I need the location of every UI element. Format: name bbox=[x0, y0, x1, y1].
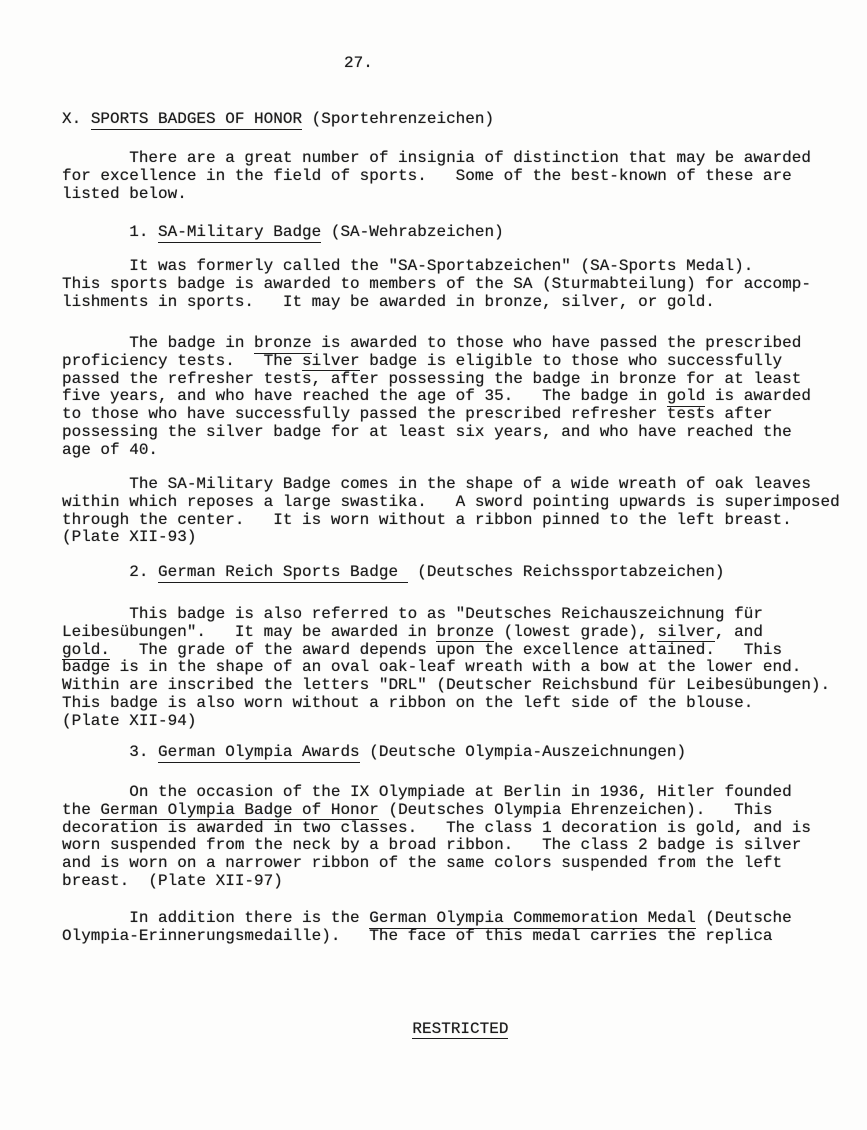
text-line: X. SPORTS BADGES OF HONOR (Sportehrenzei… bbox=[62, 111, 494, 129]
sa-badge-paragraph-1: It was formerly called the "SA-Sportabze… bbox=[62, 258, 811, 311]
intro-paragraph: There are a great number of insignia of … bbox=[62, 150, 811, 203]
text-line: through the center. It is worn without a… bbox=[62, 512, 840, 530]
text-line: This badge is also worn without a ribbon… bbox=[62, 695, 830, 713]
text-line: Within are inscribed the letters "DRL" (… bbox=[62, 677, 830, 695]
text-line: 3. German Olympia Awards (Deutsche Olymp… bbox=[62, 744, 686, 762]
text-line: This badge is also referred to as "Deuts… bbox=[62, 606, 830, 624]
page-number: 27. bbox=[344, 55, 373, 73]
section-heading-2: 2. German Reich Sports Badge (Deutsches … bbox=[62, 564, 725, 582]
commemoration-medal-paragraph: In addition there is the German Olympia … bbox=[62, 910, 792, 946]
text-line: It was formerly called the "SA-Sportabze… bbox=[62, 258, 811, 276]
text-line: badge is in the shape of an oval oak-lea… bbox=[62, 659, 830, 677]
text-line: 2. German Reich Sports Badge (Deutsches … bbox=[62, 564, 725, 582]
classification-footer: RESTRICTED bbox=[374, 1003, 508, 1056]
text-line: This sports badge is awarded to members … bbox=[62, 276, 811, 294]
text-line: the German Olympia Badge of Honor (Deuts… bbox=[62, 802, 811, 820]
text-line: decoration is awarded in two classes. Th… bbox=[62, 820, 811, 838]
sa-badge-paragraph-3: The SA-Military Badge comes in the shape… bbox=[62, 476, 840, 547]
text-line: Leibesübungen". It may be awarded in bro… bbox=[62, 624, 830, 642]
text-line: proficiency tests. The silver badge is e… bbox=[62, 353, 811, 371]
text-line: gold. The grade of the award depends upo… bbox=[62, 642, 830, 660]
text-line: possessing the silver badge for at least… bbox=[62, 424, 811, 442]
text-line: and is worn on a narrower ribbon of the … bbox=[62, 855, 811, 873]
classification-label: RESTRICTED bbox=[412, 1020, 508, 1040]
text-line: 1. SA-Military Badge (SA-Wehrabzeichen) bbox=[62, 224, 504, 242]
text-line: The SA-Military Badge comes in the shape… bbox=[62, 476, 840, 494]
section-heading-3: 3. German Olympia Awards (Deutsche Olymp… bbox=[62, 744, 686, 762]
text-line: The badge in bronze is awarded to those … bbox=[62, 335, 811, 353]
text-line: Olympia-Erinnerungsmedaille). The face o… bbox=[62, 928, 792, 946]
text-line: within which reposes a large swastika. A… bbox=[62, 494, 840, 512]
text-line: five years, and who have reached the age… bbox=[62, 388, 811, 406]
text-line: On the occasion of the IX Olympiade at B… bbox=[62, 784, 811, 802]
text-line: (Plate XII-94) bbox=[62, 713, 830, 731]
text-line: There are a great number of insignia of … bbox=[62, 150, 811, 168]
text-line: In addition there is the German Olympia … bbox=[62, 910, 792, 928]
text-line: age of 40. bbox=[62, 442, 811, 460]
text-line: listed below. bbox=[62, 186, 811, 204]
text-line: for excellence in the field of sports. S… bbox=[62, 168, 811, 186]
document-page: 27. X. SPORTS BADGES OF HONOR (Sportehre… bbox=[0, 0, 867, 1130]
text-line: breast. (Plate XII-97) bbox=[62, 873, 811, 891]
section-heading-1: 1. SA-Military Badge (SA-Wehrabzeichen) bbox=[62, 224, 504, 242]
reich-sports-badge-paragraph: This badge is also referred to as "Deuts… bbox=[62, 606, 830, 731]
text-line: to those who have successfully passed th… bbox=[62, 406, 811, 424]
section-heading-x: X. SPORTS BADGES OF HONOR (Sportehrenzei… bbox=[62, 111, 494, 129]
olympia-awards-paragraph: On the occasion of the IX Olympiade at B… bbox=[62, 784, 811, 891]
text-line: lishments in sports. It may be awarded i… bbox=[62, 294, 811, 312]
text-line: passed the refresher tests, after posses… bbox=[62, 371, 811, 389]
sa-badge-paragraph-2: The badge in bronze is awarded to those … bbox=[62, 335, 811, 460]
text-line: worn suspended from the neck by a broad … bbox=[62, 837, 811, 855]
text-line: (Plate XII-93) bbox=[62, 529, 840, 547]
